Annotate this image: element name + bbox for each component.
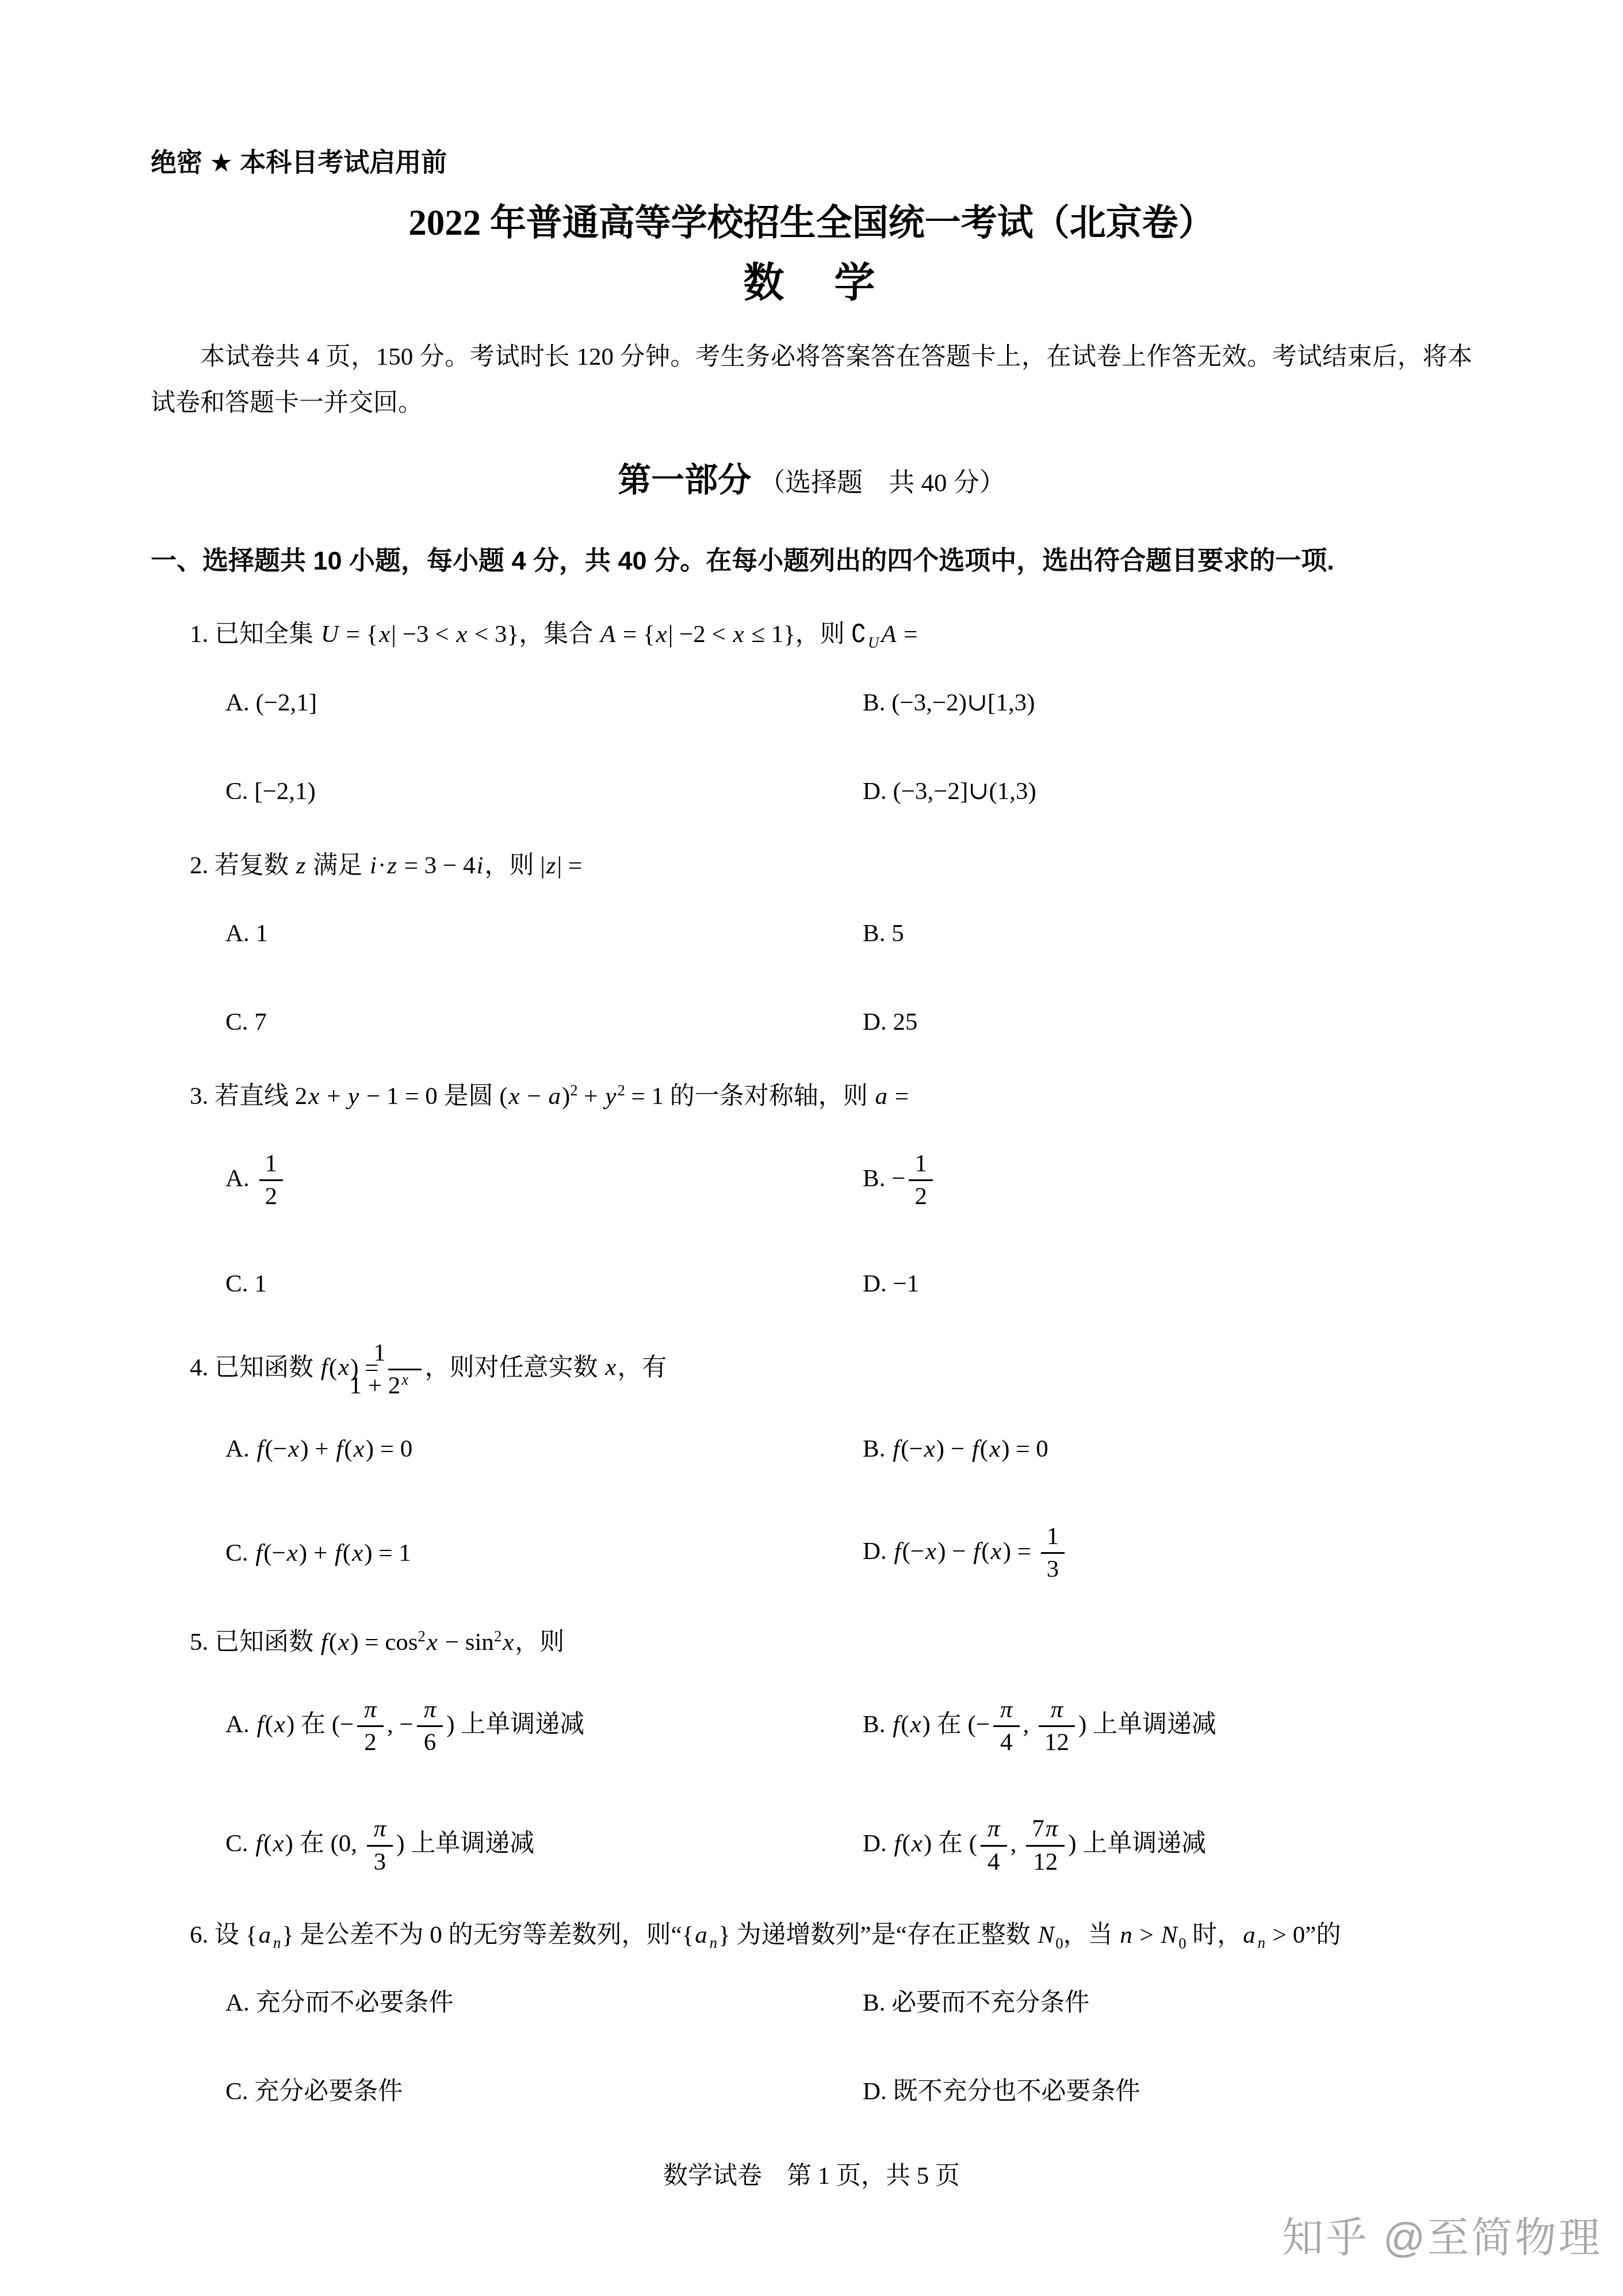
math-variable: x	[910, 1830, 924, 1857]
question-1-option-b: B. (−3,−2)∪[1,3)	[863, 687, 1472, 719]
question-2-option-c: C. 7	[225, 1006, 863, 1038]
question-3: 3. 若直线 2x + y − 1 = 0 是圆 (x − a)2 + y2 =…	[190, 1076, 1472, 1300]
math-variable: x	[351, 1539, 364, 1567]
question-3-option-d: D. −1	[863, 1268, 1472, 1300]
question-4-options: A. f(−x) + f(x) = 0 B. f(−x) − f(x) = 0 …	[225, 1433, 1472, 1584]
math-variable: f	[256, 1711, 265, 1738]
math-variable: f	[971, 1435, 980, 1462]
question-2-option-b: B. 5	[863, 918, 1472, 950]
exam-instructions: 本试卷共 4 页，150 分。考试时长 120 分钟。考生务必将答案答在答题卡上…	[151, 334, 1472, 426]
math-variable: π	[1050, 1696, 1065, 1723]
math-variable: x	[353, 1435, 366, 1462]
math-variable: x	[287, 1435, 300, 1462]
subject-title: 数 学	[151, 259, 1472, 308]
math-variable: x	[990, 1538, 1003, 1565]
math-variable: π	[423, 1696, 438, 1723]
math-variable: π	[1044, 1815, 1059, 1842]
math-variable: x	[508, 1083, 521, 1110]
secrecy-classification-label: 绝密 ★ 本科目考试启用前	[151, 147, 1472, 178]
math-variable: f	[893, 1538, 902, 1565]
math-variable: f	[334, 1539, 343, 1567]
math-variable: a	[547, 1083, 562, 1110]
math-variable: N	[1160, 1921, 1179, 1949]
subscript: U	[867, 634, 880, 651]
superscript: 2	[494, 1628, 502, 1645]
question-6-options: A. 充分而不必要条件 B. 必要而不充分条件 C. 充分必要条件 D. 既不充…	[225, 1987, 1472, 2108]
question-1-option-d: D. (−3,−2]∪(1,3)	[863, 775, 1472, 808]
fraction: π6	[417, 1695, 443, 1758]
question-1-stem: 1. 已知全集 U = {x| −3 < x < 3}，集合 A = {x| −…	[190, 614, 1472, 655]
question-5-options: A. f(x) 在 (−π2, −π6) 上单调递减 B. f(x) 在 (−π…	[225, 1695, 1472, 1877]
math-variable: x	[455, 621, 468, 648]
question-6-stem: 6. 设 {an} 是公差不为 0 的无穷等差数列，则“{an} 为递增数列”是…	[190, 1915, 1472, 1955]
math-variable: U	[867, 634, 880, 651]
math-variable: i	[476, 852, 485, 879]
math-variable: U	[320, 621, 340, 648]
math-variable: f	[254, 1830, 263, 1857]
question-2-option-d: D. 25	[863, 1006, 1472, 1038]
question-4: 4. 已知函数 f(x) = 11 + 2x，则对任意实数 x，有 A. f(−…	[190, 1338, 1472, 1585]
math-variable: x	[924, 1538, 937, 1565]
question-6-option-b: B. 必要而不充分条件	[863, 1987, 1472, 2019]
math-variable: f	[891, 1435, 901, 1462]
watermark: 知乎 @至简物理	[1282, 2204, 1602, 2264]
math-variable: f	[891, 1711, 901, 1738]
fraction: π3	[367, 1814, 393, 1877]
math-variable: x	[337, 1629, 350, 1656]
math-variable: f	[320, 1629, 329, 1656]
math-variable: n	[272, 1934, 282, 1951]
question-5-option-a: A. f(x) 在 (−π2, −π6) 上单调递减	[225, 1695, 863, 1758]
fraction: π2	[357, 1695, 384, 1758]
question-6-option-c: C. 充分必要条件	[225, 2076, 863, 2108]
subscript: 0	[1178, 1934, 1186, 1951]
math-variable: x	[604, 1354, 617, 1381]
question-5-stem: 5. 已知函数 f(x) = cos2x − sin2x，则	[190, 1622, 1472, 1663]
math-variable: x	[286, 1539, 299, 1567]
math-variable: x	[655, 621, 668, 648]
math-variable: a	[874, 1083, 889, 1110]
math-variable: x	[988, 1435, 1001, 1462]
question-4-option-b: B. f(−x) − f(x) = 0	[863, 1433, 1472, 1465]
question-1-options: A. (−2,1] B. (−3,−2)∪[1,3) C. [−2,1) D. …	[225, 687, 1472, 808]
superscript: x	[400, 1371, 409, 1388]
fraction: 12	[259, 1149, 284, 1212]
math-variable: x	[271, 1830, 285, 1857]
question-5: 5. 已知函数 f(x) = cos2x − sin2x，则 A. f(x) 在…	[190, 1622, 1472, 1877]
question-4-option-a: A. f(−x) + f(x) = 0	[225, 1433, 863, 1465]
math-variable: N	[1036, 1921, 1055, 1949]
math-variable: π	[363, 1696, 378, 1723]
math-variable: f	[893, 1830, 902, 1857]
question-5-option-c: C. f(x) 在 (0, π3) 上单调递减	[225, 1814, 863, 1877]
math-variable: A	[880, 621, 897, 648]
question-6-option-d: D. 既不充分也不必要条件	[863, 2076, 1472, 2108]
math-variable: f	[320, 1354, 329, 1381]
superscript: 2	[570, 1082, 577, 1099]
math-variable: x	[923, 1435, 936, 1462]
question-4-option-c: C. f(−x) + f(x) = 1	[225, 1537, 863, 1569]
question-2-option-a: A. 1	[225, 918, 863, 950]
superscript: 2	[617, 1082, 625, 1099]
math-variable: i	[369, 852, 378, 879]
question-5-option-d: D. f(x) 在 (π4, 7π12) 上单调递减	[863, 1814, 1472, 1877]
fraction: 11 + 2x	[388, 1338, 421, 1401]
question-2: 2. 若复数 z 满足 i·z = 3 − 4i，则 |z| = A. 1 B.…	[190, 846, 1472, 1038]
math-variable: x	[909, 1711, 922, 1738]
question-3-option-c: C. 1	[225, 1268, 863, 1300]
page-footer: 数学试卷 第 1 页，共 5 页	[0, 2156, 1623, 2191]
math-variable: x	[273, 1711, 286, 1738]
fraction: 13	[1041, 1522, 1065, 1584]
math-variable: x	[378, 621, 391, 648]
math-variable: a	[1242, 1921, 1257, 1949]
question-1: 1. 已知全集 U = {x| −3 < x < 3}，集合 A = {x| −…	[190, 614, 1472, 807]
question-3-option-a: A. 12	[225, 1149, 863, 1212]
subscript: n	[272, 1934, 282, 1951]
math-variable: x	[502, 1629, 515, 1656]
question-2-options: A. 1 B. 5 C. 7 D. 25	[225, 918, 1472, 1038]
subscript: n	[709, 1934, 718, 1951]
question-1-option-c: C. [−2,1)	[225, 775, 863, 808]
question-4-stem: 4. 已知函数 f(x) = 11 + 2x，则对任意实数 x，有	[190, 1338, 1472, 1401]
math-variable: π	[373, 1815, 388, 1842]
question-4-option-d: D. f(−x) − f(x) = 13	[863, 1522, 1472, 1584]
math-variable: z	[295, 852, 307, 879]
exam-title: 2022 年普通高等学校招生全国统一考试（北京卷）	[151, 201, 1472, 245]
math-variable: x	[337, 1354, 350, 1381]
math-variable: f	[972, 1538, 981, 1565]
math-variable: A	[599, 621, 617, 648]
math-variable: x	[732, 621, 745, 648]
part1-subtitle: （选择题 共 40 分）	[759, 468, 1005, 497]
question-list: 1. 已知全集 U = {x| −3 < x < 3}，集合 A = {x| −…	[151, 614, 1472, 2108]
fraction: π12	[1039, 1695, 1075, 1758]
part1-title: 第一部分	[618, 461, 751, 499]
question-3-option-b: B. −12	[863, 1149, 1472, 1212]
fraction: π4	[993, 1695, 1020, 1758]
math-variable: a	[257, 1921, 272, 1949]
question-6: 6. 设 {an} 是公差不为 0 的无穷等差数列，则“{an} 为递增数列”是…	[190, 1915, 1472, 2108]
math-variable: f	[256, 1435, 265, 1462]
subscript: 0	[1055, 1934, 1063, 1951]
math-variable: y	[604, 1083, 617, 1110]
math-variable: z	[545, 852, 557, 879]
math-variable: x	[307, 1083, 320, 1110]
math-variable: f	[335, 1435, 344, 1462]
fraction: π4	[981, 1814, 1007, 1877]
part1-heading: 第一部分（选择题 共 40 分）	[151, 453, 1472, 501]
question-3-stem: 3. 若直线 2x + y − 1 = 0 是圆 (x − a)2 + y2 =…	[190, 1076, 1472, 1117]
math-variable: n	[1257, 1934, 1266, 1951]
fraction: 12	[909, 1149, 933, 1212]
math-variable: a	[694, 1921, 709, 1949]
question-5-option-b: B. f(x) 在 (−π4, π12) 上单调递减	[863, 1695, 1472, 1758]
question-1-option-a: A. (−2,1]	[225, 687, 863, 719]
math-variable: π	[999, 1696, 1014, 1723]
section1-note: 一、选择题共 10 小题，每小题 4 分，共 40 分。在每小题列出的四个选项中…	[151, 541, 1472, 580]
question-6-option-a: A. 充分而不必要条件	[225, 1987, 863, 2019]
subscript: n	[1257, 1934, 1266, 1951]
exam-page: 绝密 ★ 本科目考试启用前 2022 年普通高等学校招生全国统一考试（北京卷） …	[0, 0, 1623, 2296]
math-variable: f	[254, 1539, 263, 1567]
fraction: 7π12	[1026, 1814, 1065, 1877]
question-3-options: A. 12 B. −12 C. 1 D. −1	[225, 1149, 1472, 1300]
math-variable: n	[1119, 1921, 1134, 1949]
math-variable: x	[426, 1629, 439, 1656]
math-variable: π	[986, 1815, 1001, 1842]
math-variable: y	[347, 1083, 360, 1110]
math-variable: x	[400, 1371, 409, 1388]
question-2-stem: 2. 若复数 z 满足 i·z = 3 − 4i，则 |z| =	[190, 846, 1472, 886]
math-variable: z	[386, 852, 398, 879]
math-variable: n	[709, 1934, 718, 1951]
superscript: 2	[418, 1628, 426, 1645]
